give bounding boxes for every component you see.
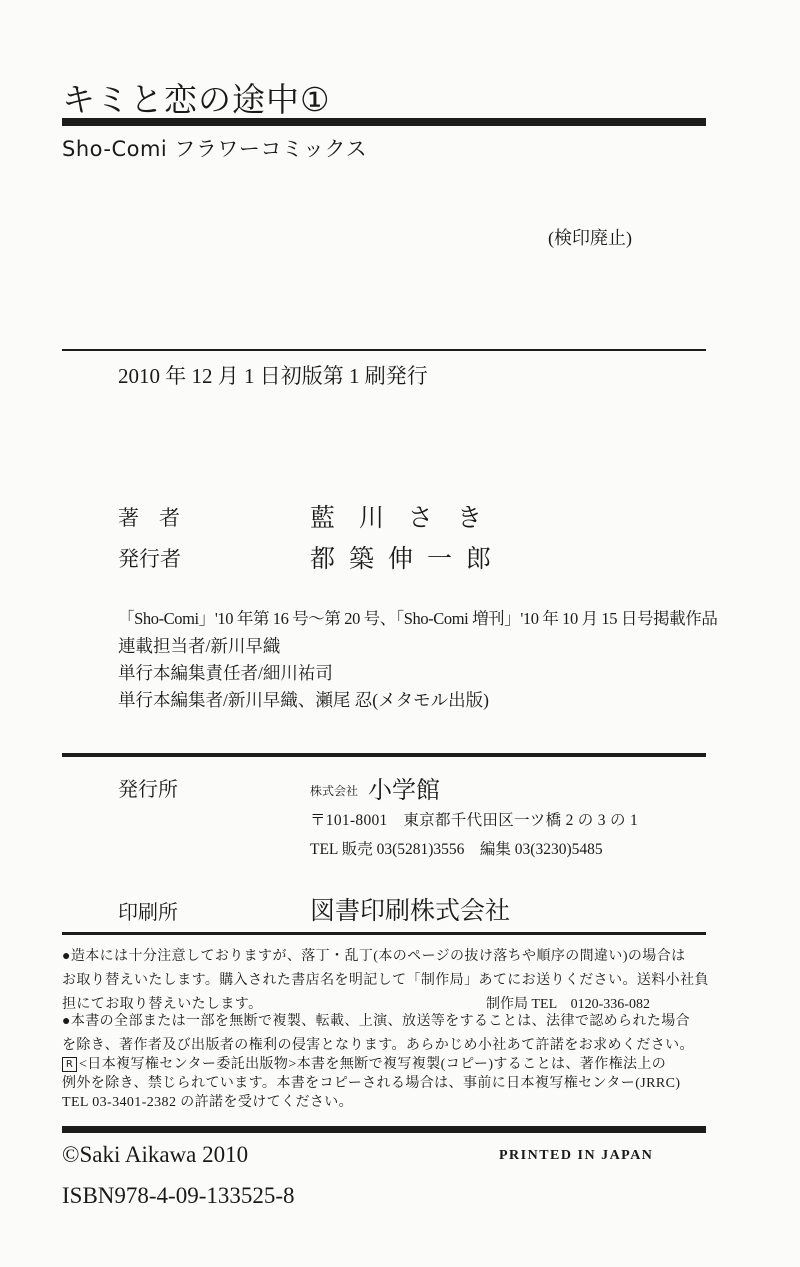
book-title: キミと恋の途中①: [62, 74, 331, 121]
r-copyright-mark-icon: R: [62, 1057, 77, 1072]
printer-name: 図書印刷株式会社: [310, 891, 510, 927]
volume-editors-credit: 単行本編集者/新川早織、瀬尾 忍(メタモル出版): [118, 687, 489, 712]
thin-divider: [62, 349, 706, 351]
notice-line-text: <日本複写権センター委託出版物>本書を無断で複写複製(コピー)することは、著作権…: [79, 1057, 666, 1072]
notice-line: ●本書の全部または一部を無断で複製、転載、上演、放送等をすることは、法律で認めら…: [62, 1010, 690, 1030]
copyright-notice: ©Saki Aikawa 2010: [62, 1142, 248, 1168]
issuer-name: 都築伸一郎: [310, 539, 505, 575]
notice-line: ●造本には十分注意しておりますが、落丁・乱丁(本のページの抜け落ちや順序の間違い…: [62, 945, 686, 965]
imprint-label: Sho-Comi フラワーコミックス: [62, 133, 367, 163]
printed-in-japan: PRINTED IN JAPAN: [499, 1148, 653, 1164]
author-label: 著者: [118, 502, 200, 532]
company-type-prefix: 株式会社: [310, 782, 358, 799]
serial-editor-credit: 連載担当者/新川早織: [118, 633, 280, 658]
publisher-phone: TEL 販売 03(5281)3556 編集 03(3230)5485: [310, 837, 603, 859]
printer-label: 印刷所: [118, 896, 178, 925]
notice-line: お取り替えいたします。購入された書店名を明記して「制作局」あてにお送りください。…: [62, 969, 709, 989]
notice-divider: [62, 932, 706, 935]
notice-line: を除き、著作者及び出版者の権利の侵害となります。あらかじめ小社あて許諾をお求めく…: [62, 1034, 694, 1054]
isbn: ISBN978-4-09-133525-8: [62, 1183, 295, 1209]
publisher-address: 〒101-8001 東京都千代田区一ツ橋 2 の 3 の 1: [310, 808, 638, 830]
jrrc-notice-line: R<日本複写権センター委託出版物>本書を無断で複写複製(コピー)することは、著作…: [62, 1053, 666, 1073]
first-edition-date: 2010 年 12 月 1 日初版第 1 刷発行: [118, 360, 428, 390]
author-name: 藍川さき: [310, 498, 506, 534]
publisher-company-name: 小学館: [368, 770, 440, 805]
seal-abolished-notice: (検印廃止): [548, 224, 632, 250]
notice-line: TEL 03-3401-2382 の許諾を受けてください。: [62, 1091, 353, 1111]
issuer-label: 発行者: [118, 543, 181, 573]
volume-editor-in-charge-credit: 単行本編集責任者/細川祐司: [118, 660, 333, 685]
medium-divider: [62, 753, 706, 757]
notice-line: 例外を除き、禁じられています。本書をコピーされる場合は、事前に日本複写権センター…: [62, 1072, 680, 1092]
publishing-office-label: 発行所: [118, 773, 178, 802]
serialization-credit: 「Sho-Comi」'10 年第 16 号〜第 20 号、「Sho-Comi 増…: [118, 605, 717, 629]
thick-divider-top: [62, 118, 706, 126]
thick-divider-bottom: [62, 1126, 706, 1133]
